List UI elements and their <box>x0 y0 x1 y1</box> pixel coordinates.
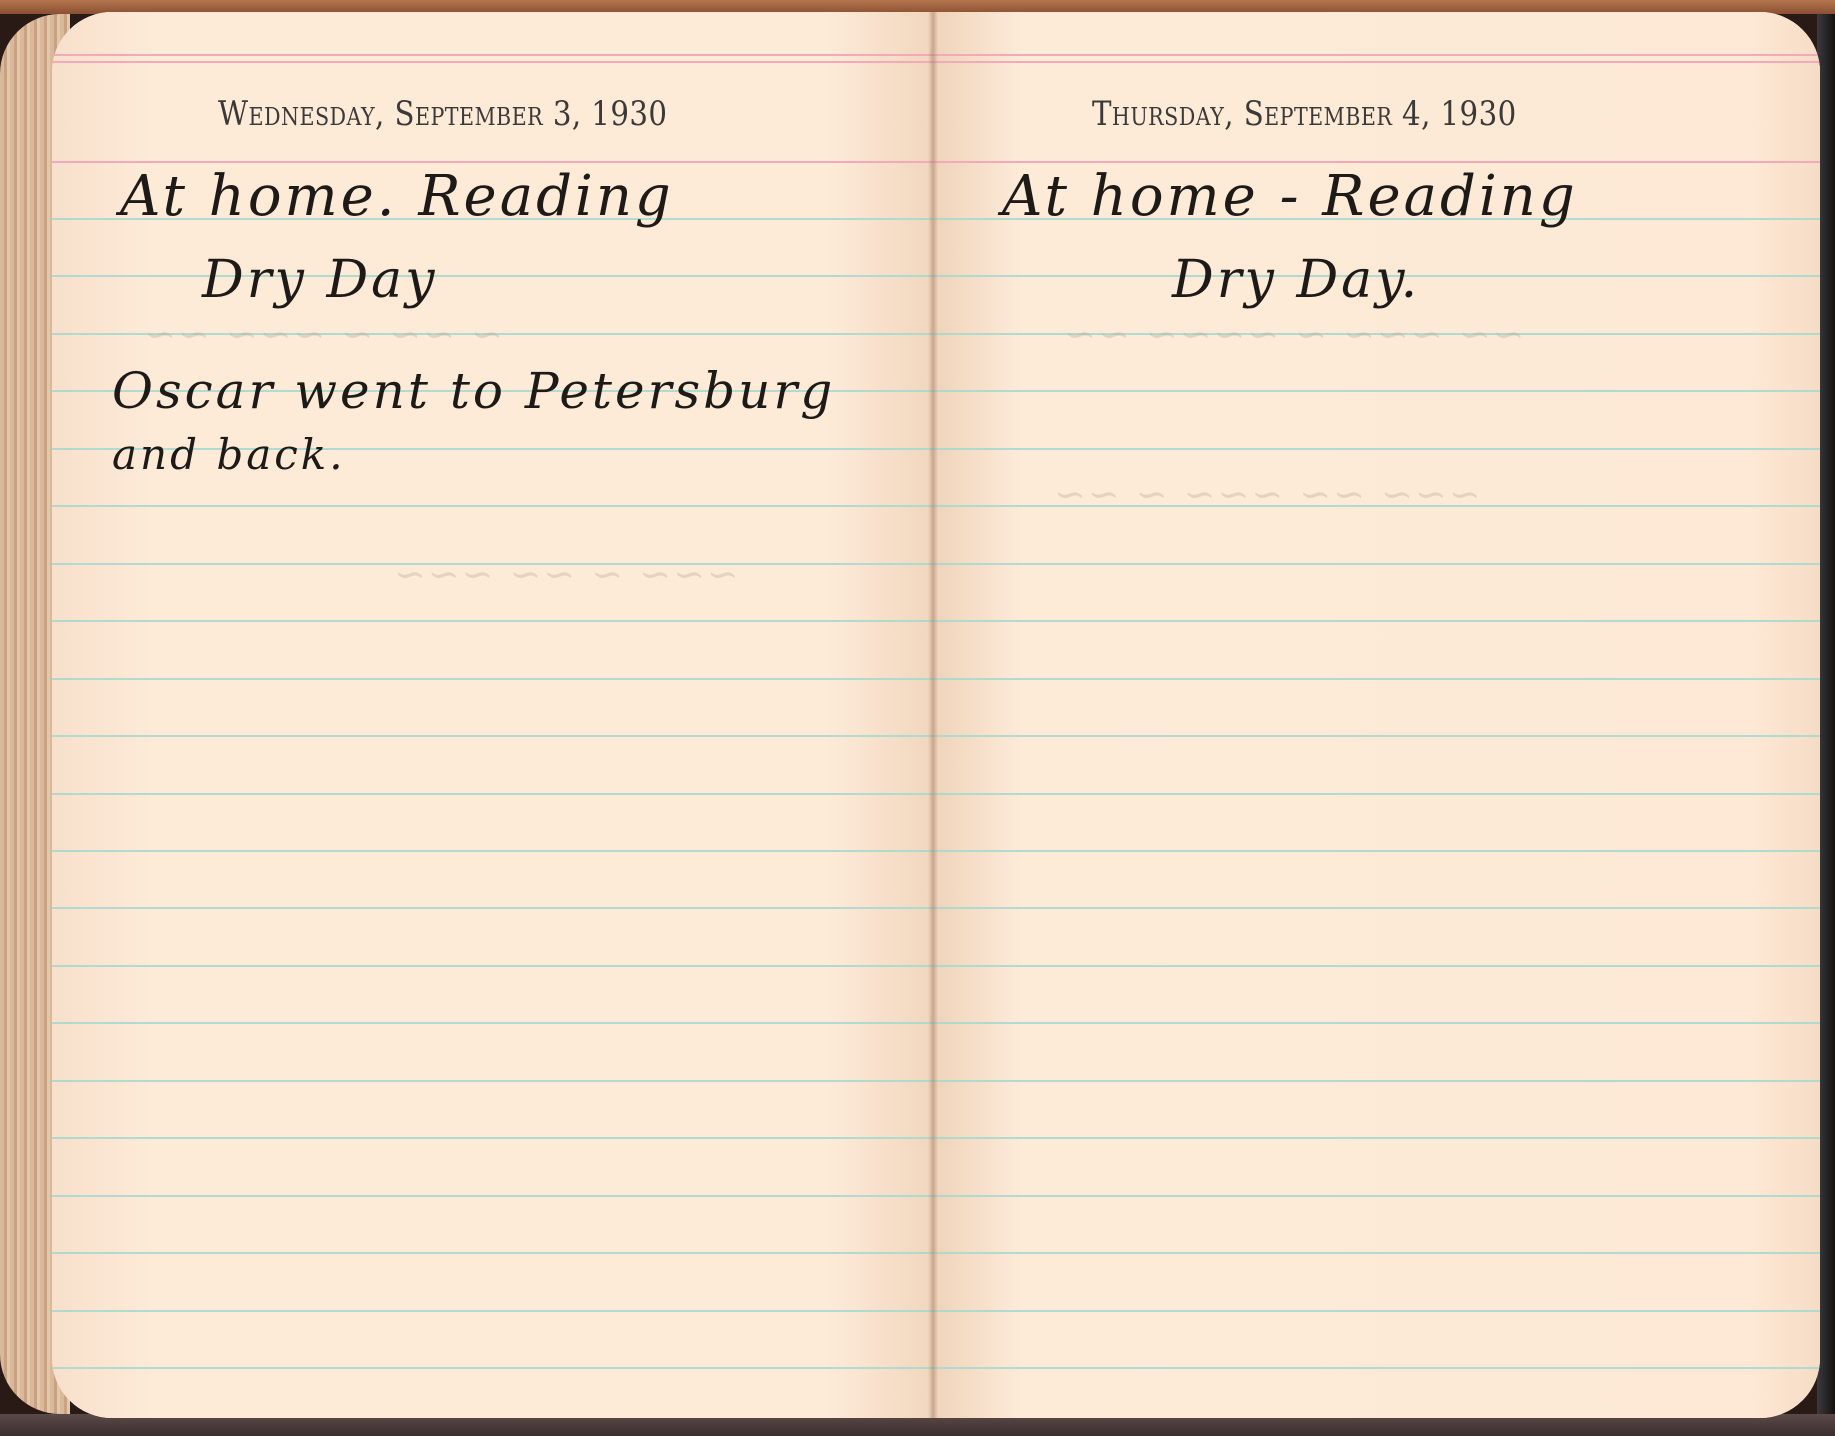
binding-gutter <box>928 12 938 1418</box>
left-entry-line-4: and back. <box>112 430 346 479</box>
right-page-date-header: Thursday, September 4, 1930 <box>1092 94 1517 140</box>
bleed-through-right: ~~ ~~~ ~ ~~~~ ~~ <box>1062 312 1524 356</box>
left-page-date-header: Wednesday, September 3, 1930 <box>218 94 667 140</box>
bleed-through-right-2: ~~~ ~~ ~~~ ~ ~~ <box>1052 472 1481 516</box>
left-entry-line-1: At home. Reading <box>120 164 674 229</box>
right-entry-line-1: At home - Reading <box>1002 164 1578 229</box>
right-entry-line-2: Dry Day. <box>1172 250 1420 310</box>
left-entry-line-2: Dry Day <box>202 250 438 310</box>
bleed-through-left-2: ~~~ ~ ~~ ~~~ <box>392 552 739 596</box>
left-entry-line-3: Oscar went to Petersburg <box>112 362 835 420</box>
bleed-through-left: ~ ~~ ~ ~~~ ~~ <box>142 312 503 356</box>
diary-spread: ~ ~~ ~ ~~~ ~~ ~~~ ~ ~~ ~~~ ~~ ~~~ ~ ~~~~… <box>52 12 1820 1418</box>
